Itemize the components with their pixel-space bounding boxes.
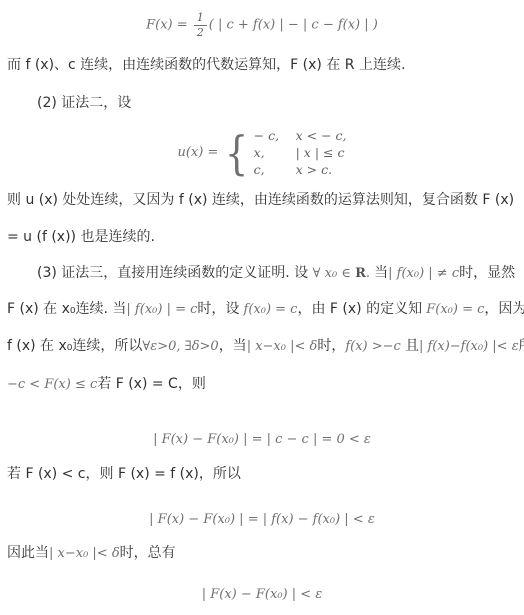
math-run: | x−x₀ |< δ (49, 546, 120, 561)
piecewise-condition: x > c. (296, 161, 332, 178)
text-run: 时，总有 (120, 545, 176, 561)
text-run: ，当 (219, 338, 247, 354)
math-run: f(x) >−c (345, 339, 405, 354)
display-formula-zero: | F(x) − F(x₀) | = | c − c | = 0 < ε (0, 430, 524, 450)
text-run: (3) 证法三，直接用连续函数的定义证明. 设 (37, 265, 313, 281)
formula-rhs: ( | c + f(x) | − | c − f(x) | ) (209, 18, 378, 33)
text-run: 若 F (x) < c，则 F (x) = f (x)，所以 (7, 466, 241, 482)
fraction-denominator: 2 (194, 26, 207, 39)
display-formula-main: F(x) = 12( | c + f(x) | − | c − f(x) | ) (0, 12, 524, 38)
math-run: . (366, 266, 374, 281)
math-run: ∀ε>0, ∃δ>0 (142, 339, 218, 354)
math-run: −c < F(x) ≤ c (7, 377, 97, 392)
piecewise-rows: − c, x < − c, x, | x | ≤ c c, x > c. (254, 127, 347, 178)
paragraph-proof3-heading: (3) 证法三，直接用连续函数的定义证明. 设 ∀ x₀ ∈ R. 当| f(x… (7, 263, 524, 284)
text-run: ，因为 (484, 301, 524, 317)
text-run: 时，设 (197, 301, 239, 317)
text-run: f (x) 在 x₀连续，所以 (7, 338, 142, 354)
paragraph-conclusion: 因此当| x−x₀ |< δ时，总有 (7, 543, 524, 564)
paragraph-continuity: 而 f (x)、c 连续，由连续函数的代数运算知，F (x) 在 R 上连续. (7, 55, 524, 75)
math-run: | f(x₀) | ≠ c (388, 266, 459, 281)
text-run: 因此当 (7, 545, 49, 561)
piecewise-condition: | x | ≤ c (296, 144, 345, 161)
piecewise-value: x, (254, 144, 296, 161)
piecewise-row: − c, x < − c, (254, 127, 347, 144)
piecewise-condition: x < − c, (296, 127, 347, 144)
text-run: 时，显然 (459, 265, 515, 281)
paragraph-epsilon-delta: f (x) 在 x₀连续，所以∀ε>0, ∃δ>0，当| x−x₀ |< δ时，… (7, 336, 524, 357)
text-run: 且 (405, 338, 419, 354)
math-run: f(x₀) = c (239, 302, 297, 317)
paragraph-case-less: 若 F (x) < c，则 F (x) = f (x)，所以 (7, 464, 524, 484)
piecewise-row: x, | x | ≤ c (254, 144, 347, 161)
math-run: ∀ x₀ ∈ (313, 266, 355, 281)
math-run: | F(x) − F(x₀) | = | c − c | = 0 < ε (153, 432, 371, 447)
piecewise-value: − c, (254, 127, 296, 144)
math-run: | f(x)−f(x₀) |< ε (419, 339, 519, 354)
text-run: F (x) 在 x₀连续. 当 (7, 301, 126, 317)
paragraph-composite-2: = u (f (x)) 也是连续的. (7, 227, 524, 247)
paragraph-bound: −c < F(x) ≤ c若 F (x) = C，则 (7, 374, 524, 395)
math-run: | x−x₀ |< δ (247, 339, 318, 354)
display-formula-final: | F(x) − F(x₀) | < ε (0, 585, 524, 605)
piecewise-lhs: u(x) = (177, 143, 218, 163)
math-run: | f(x₀) | = c (126, 302, 197, 317)
math-run: F(x₀) = c (422, 302, 484, 317)
left-brace: { (225, 130, 248, 176)
text-run: 而 f (x)、c 连续，由连续函数的代数运算知，F (x) 在 R 上连续. (7, 57, 405, 73)
text-run: 当 (374, 265, 388, 281)
display-formula-f: | F(x) − F(x₀) | = | f(x) − f(x₀) | < ε (0, 510, 524, 530)
display-formula-piecewise: u(x) = { − c, x < − c, x, | x | ≤ c c, x… (0, 127, 524, 178)
piecewise-value: c, (254, 161, 296, 178)
text-run: 若 F (x) = C，则 (97, 376, 206, 392)
math-run-bold-R: R (355, 266, 366, 281)
math-run: | F(x) − F(x₀) | = | f(x) − f(x₀) | < ε (149, 512, 375, 527)
text-run: (2) 证法二，设 (37, 95, 131, 111)
paragraph-case-equal: F (x) 在 x₀连续. 当| f(x₀) | = c时，设 f(x₀) = … (7, 299, 524, 320)
math-run: | F(x) − F(x₀) | < ε (202, 587, 323, 602)
paragraph-composite-1: 则 u (x) 处处连续，又因为 f (x) 连续，由连续函数的运算法则知，复合… (7, 190, 524, 210)
document-page: F(x) = 12( | c + f(x) | − | c − f(x) | )… (0, 0, 524, 615)
fraction-numerator: 1 (194, 12, 207, 26)
text-run: 则 u (x) 处处连续，又因为 f (x) 连续，由连续函数的运算法则知，复合… (7, 192, 514, 208)
text-run: = u (f (x)) 也是连续的. (7, 229, 155, 245)
text-run: 所以 (519, 338, 524, 354)
formula-lhs: F(x) = (146, 18, 192, 33)
text-run: ，由 F (x) 的定义知 (297, 301, 422, 317)
text-run: 时， (317, 338, 345, 354)
paragraph-proof2-heading: (2) 证法二，设 (7, 93, 524, 113)
fraction: 12 (194, 12, 207, 38)
piecewise-row: c, x > c. (254, 161, 347, 178)
